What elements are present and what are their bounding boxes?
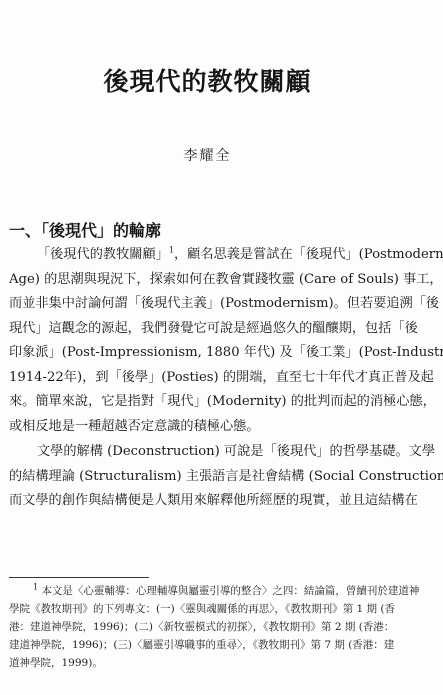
paragraph-line: 的結構理論 (Structuralism) 主張語言是社會結構 (Social … xyxy=(9,465,405,490)
paragraph-line: 或相反地是一種超越否定意識的積極心態。 xyxy=(9,415,405,440)
footnote-line: 1 本文是〈心靈輔導：心理輔導與屬靈引導的整合〉之四：結論篇，曾續刊於建道神 xyxy=(9,582,409,600)
paragraph-line: 印象派」(Post-Impressionism, 1880 年代) 及「後工業」… xyxy=(9,341,405,366)
paragraph-line: 現代」這觀念的源起，我們發覺它可說是經過悠久的醞釀期，包括「後 xyxy=(9,317,405,342)
footnote-line: 建道神學院，1996)；(三)〈屬靈引導職事的重尋〉，《教牧期刊》第 7 期 (… xyxy=(9,636,409,654)
paragraph-line: Age) 的思潮與現況下，探索如何在教會實踐牧靈 (Care of Souls)… xyxy=(9,268,405,293)
line-text: 「後現代的教牧關顧」 xyxy=(37,247,169,262)
footnote-line: 道神學院，1999)。 xyxy=(9,654,409,672)
footnote-divider xyxy=(9,577,149,578)
paragraph-line: 1914-22年)，到「後學」(Posties) 的開端，直至七十年代才真正普及… xyxy=(9,366,405,391)
line-text: ，顧名思義是嘗試在「後現代」(Postmodern xyxy=(174,247,443,262)
paragraph-line: 而文學的創作與結構便是人類用來解釋他所經歷的現實，並且這結構在 xyxy=(9,489,405,514)
section-heading: 一、「後現代」的輪廓 xyxy=(9,218,161,241)
document-page: 後現代的教牧關顧 李耀全 一、「後現代」的輪廓 「後現代的教牧關顧」1，顧名思義… xyxy=(0,0,443,695)
paragraph-line: 而並非集中討論何謂「後現代主義」(Postmodernism)。但若要追溯「後 xyxy=(9,292,405,317)
footnote-number: 1 xyxy=(33,583,38,592)
footnote-line: 港：建道神學院，1996)；(二)〈新牧靈模式的初探〉，《教牧期刊》第 2 期 … xyxy=(9,618,409,636)
footnote: 1 本文是〈心靈輔導：心理輔導與屬靈引導的整合〉之四：結論篇，曾續刊於建道神 學… xyxy=(9,582,409,672)
footnote-line: 學院《教牧期刊》的下列專文：(一)〈靈與魂關係的再思〉，《教牧期刊》第 1 期 … xyxy=(9,600,409,618)
article-title: 後現代的教牧關顧 xyxy=(0,62,415,98)
line-text: 本文是〈心靈輔導：心理輔導與屬靈引導的整合〉之四：結論篇，曾續刊於建道神 xyxy=(41,585,419,597)
paragraph-line: 「後現代的教牧關顧」1，顧名思義是嘗試在「後現代」(Postmodern xyxy=(9,243,405,268)
paragraph-line: 來。簡單來說，它是指對「現代」(Modernity) 的批判而起的消極心態， xyxy=(9,390,405,415)
paragraph-line: 文學的解構 (Deconstruction) 可說是「後現代」的哲學基礎。文學 xyxy=(9,440,405,465)
paragraph-1: 「後現代的教牧關顧」1，顧名思義是嘗試在「後現代」(Postmodern Age… xyxy=(9,243,405,439)
paragraph-2: 文學的解構 (Deconstruction) 可說是「後現代」的哲學基礎。文學 … xyxy=(9,440,405,514)
author-name: 李耀全 xyxy=(0,145,415,165)
